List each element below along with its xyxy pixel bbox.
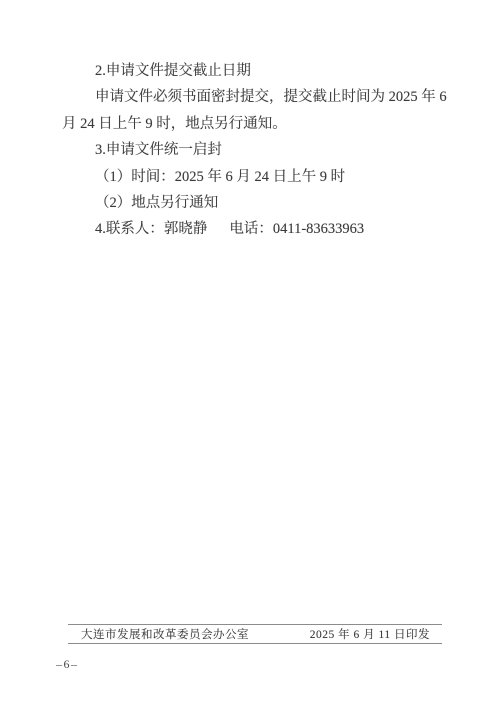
list-item-time: （1）时间：2025 年 6 月 24 日上午 9 时 (62, 164, 444, 190)
footer-colophon: 大连市发展和改革委员会办公室 2025 年 6 月 11 日印发 (68, 624, 442, 644)
paragraph-line-1: 申请文件必须书面密封提交，提交截止时间为 2025 年 6 (62, 84, 444, 110)
contact-line: 4.联系人：郭晓静电话：0411-83633963 (62, 216, 444, 242)
section-heading-2: 2.申请文件提交截止日期 (62, 58, 444, 84)
document-body-text: 2.申请文件提交截止日期 申请文件必须书面密封提交，提交截止时间为 2025 年… (62, 58, 444, 243)
section-heading-3: 3.申请文件统一启封 (62, 137, 444, 163)
footer-print-date: 2025 年 6 月 11 日印发 (310, 626, 430, 642)
paragraph-line-2: 月 24 日上午 9 时，地点另行通知。 (62, 111, 444, 137)
contact-person: 4.联系人：郭晓静 (95, 221, 207, 237)
footer-issuer: 大连市发展和改革委员会办公室 (81, 626, 249, 642)
contact-phone: 电话：0411-83633963 (229, 221, 364, 237)
document-page: { "page": { "background": "#ffffff", "te… (0, 0, 500, 706)
page-number: –6– (56, 657, 79, 672)
list-item-location: （2）地点另行通知 (62, 190, 444, 216)
